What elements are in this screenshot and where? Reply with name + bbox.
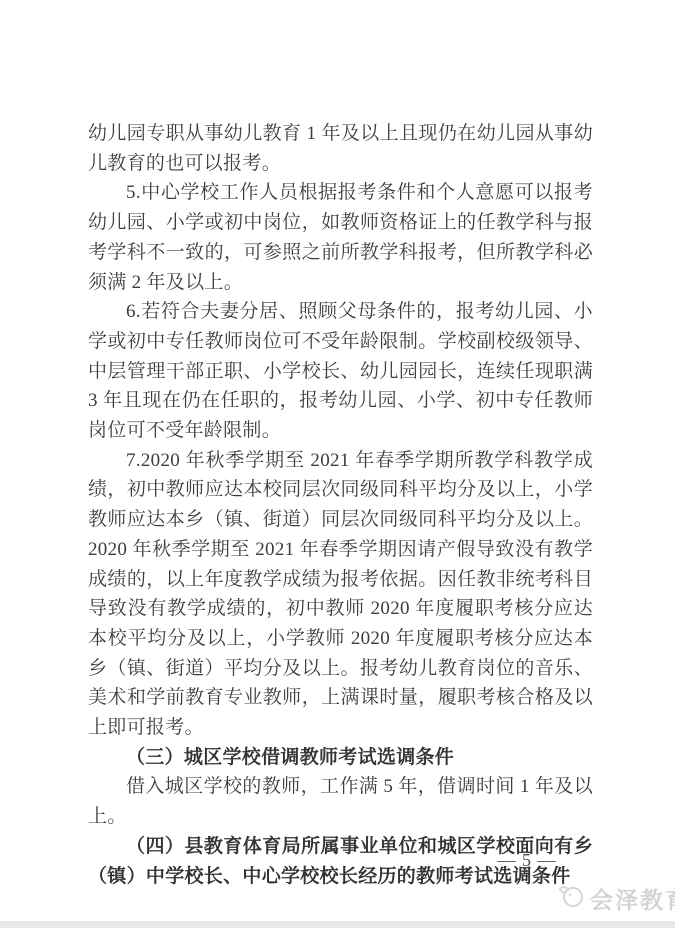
scanned-document-page: 幼儿园专职从事幼儿教育 1 年及以上且现仍在幼儿园从事幼儿教育的也可以报考。 5…	[0, 0, 675, 928]
page-number: — 5 —	[462, 850, 592, 871]
paragraph-item-7: 7.2020 年秋季学期至 2021 年春季学期所教学科教学成绩，初中教师应达本…	[88, 446, 593, 743]
document-body: 幼儿园专职从事幼儿教育 1 年及以上且现仍在幼儿园从事幼儿教育的也可以报考。 5…	[88, 119, 593, 891]
brand-watermark: 会泽教育	[556, 882, 675, 915]
paragraph-borrowed-teachers: 借入城区学校的教师，工作满 5 年，借调时间 1 年及以上。	[88, 772, 593, 831]
section-heading-3: （三）城区学校借调教师考试选调条件	[88, 743, 593, 773]
huize-education-logo-icon	[556, 883, 586, 914]
paragraph-item-6: 6.若符合夫妻分居、照顾父母条件的，报考幼儿园、小学或初中专任教师岗位可不受年龄…	[88, 297, 593, 446]
brand-watermark-label: 会泽教育	[590, 882, 675, 915]
paragraph-continuation: 幼儿园专职从事幼儿教育 1 年及以上且现仍在幼儿园从事幼儿教育的也可以报考。	[88, 119, 593, 178]
paragraph-item-5: 5.中心学校工作人员根据报考条件和个人意愿可以报考幼儿园、小学或初中岗位，如教师…	[88, 178, 593, 297]
scan-edge-strip	[0, 921, 675, 928]
